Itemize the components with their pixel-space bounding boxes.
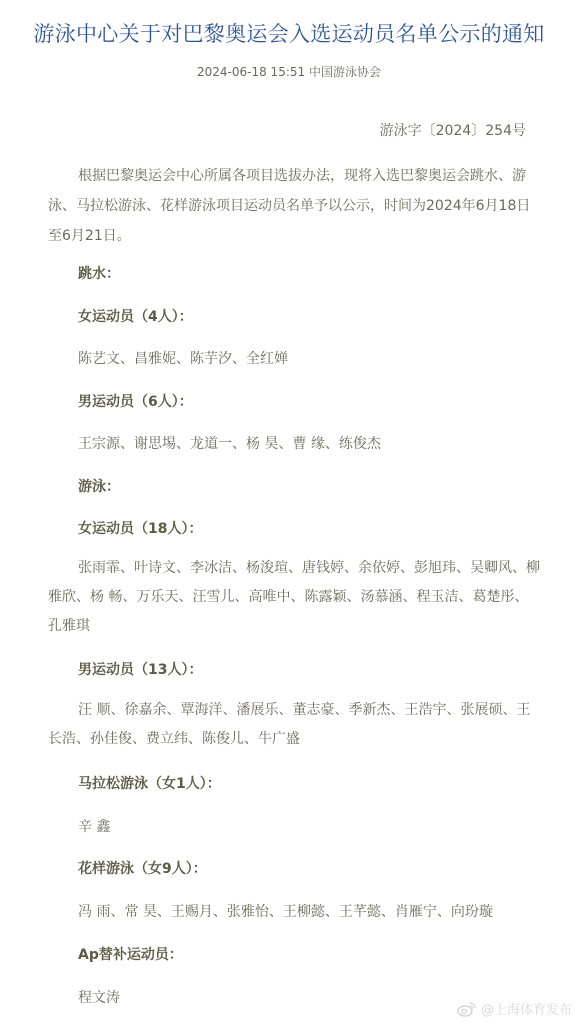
marathon-names: 辛 鑫 (78, 816, 110, 836)
weibo-icon (457, 1001, 477, 1017)
article-title: 游泳中心关于对巴黎奥运会入选运动员名单公示的通知 (0, 18, 578, 48)
swimming-men-heading: 男运动员（13人）： (78, 659, 202, 679)
watermark: @上海体育发布 (457, 999, 572, 1018)
diving-men-heading: 男运动员（6人）： (78, 391, 193, 411)
document-number: 游泳字〔2024〕254号 (380, 120, 526, 140)
alternate-names: 程文涛 (78, 987, 120, 1007)
publish-source: 中国游泳协会 (309, 65, 381, 79)
alternate-heading: Ap替补运动员： (78, 944, 183, 964)
watermark-text: @上海体育发布 (481, 999, 572, 1018)
diving-women-heading: 女运动员（4人）： (78, 306, 193, 326)
intro-paragraph: 根据巴黎奥运会中心所属各项目选拔办法，现将入选巴黎奥运会跳水、游泳、马拉松游泳、… (48, 161, 540, 251)
publish-datetime: 2024-06-18 15:51 (197, 65, 305, 79)
article-meta: 2024-06-18 15:51 中国游泳协会 (0, 63, 578, 80)
diving-men-names: 王宗源、谢思埸、龙道一、杨 昊、曹 缘、练俊杰 (78, 433, 381, 453)
marathon-heading: 马拉松游泳（女1人）： (78, 773, 221, 793)
swimming-men-names: 汪 顺、徐嘉余、覃海洋、潘展乐、董志豪、季新杰、王浩宇、张展硕、王长浩、孙佳俊、… (48, 696, 540, 754)
swimming-women-heading: 女运动员（18人）： (78, 518, 202, 538)
swimming-heading: 游泳： (78, 476, 120, 496)
artistic-heading: 花样游泳（女9人）： (78, 858, 207, 878)
diving-heading: 跳水： (78, 263, 120, 283)
artistic-names: 冯 雨、常 昊、王赐月、张雅怡、王柳懿、王芊懿、肖雁宁、向玢璇 (78, 901, 493, 921)
diving-women-names: 陈艺文、昌雅妮、陈芋汐、全红婵 (78, 348, 288, 368)
swimming-women-names: 张雨霏、叶诗文、李冰洁、杨浚瑄、唐钱婷、余依婷、彭旭玮、吴卿风、柳雅欣、杨 畅、… (48, 554, 540, 641)
